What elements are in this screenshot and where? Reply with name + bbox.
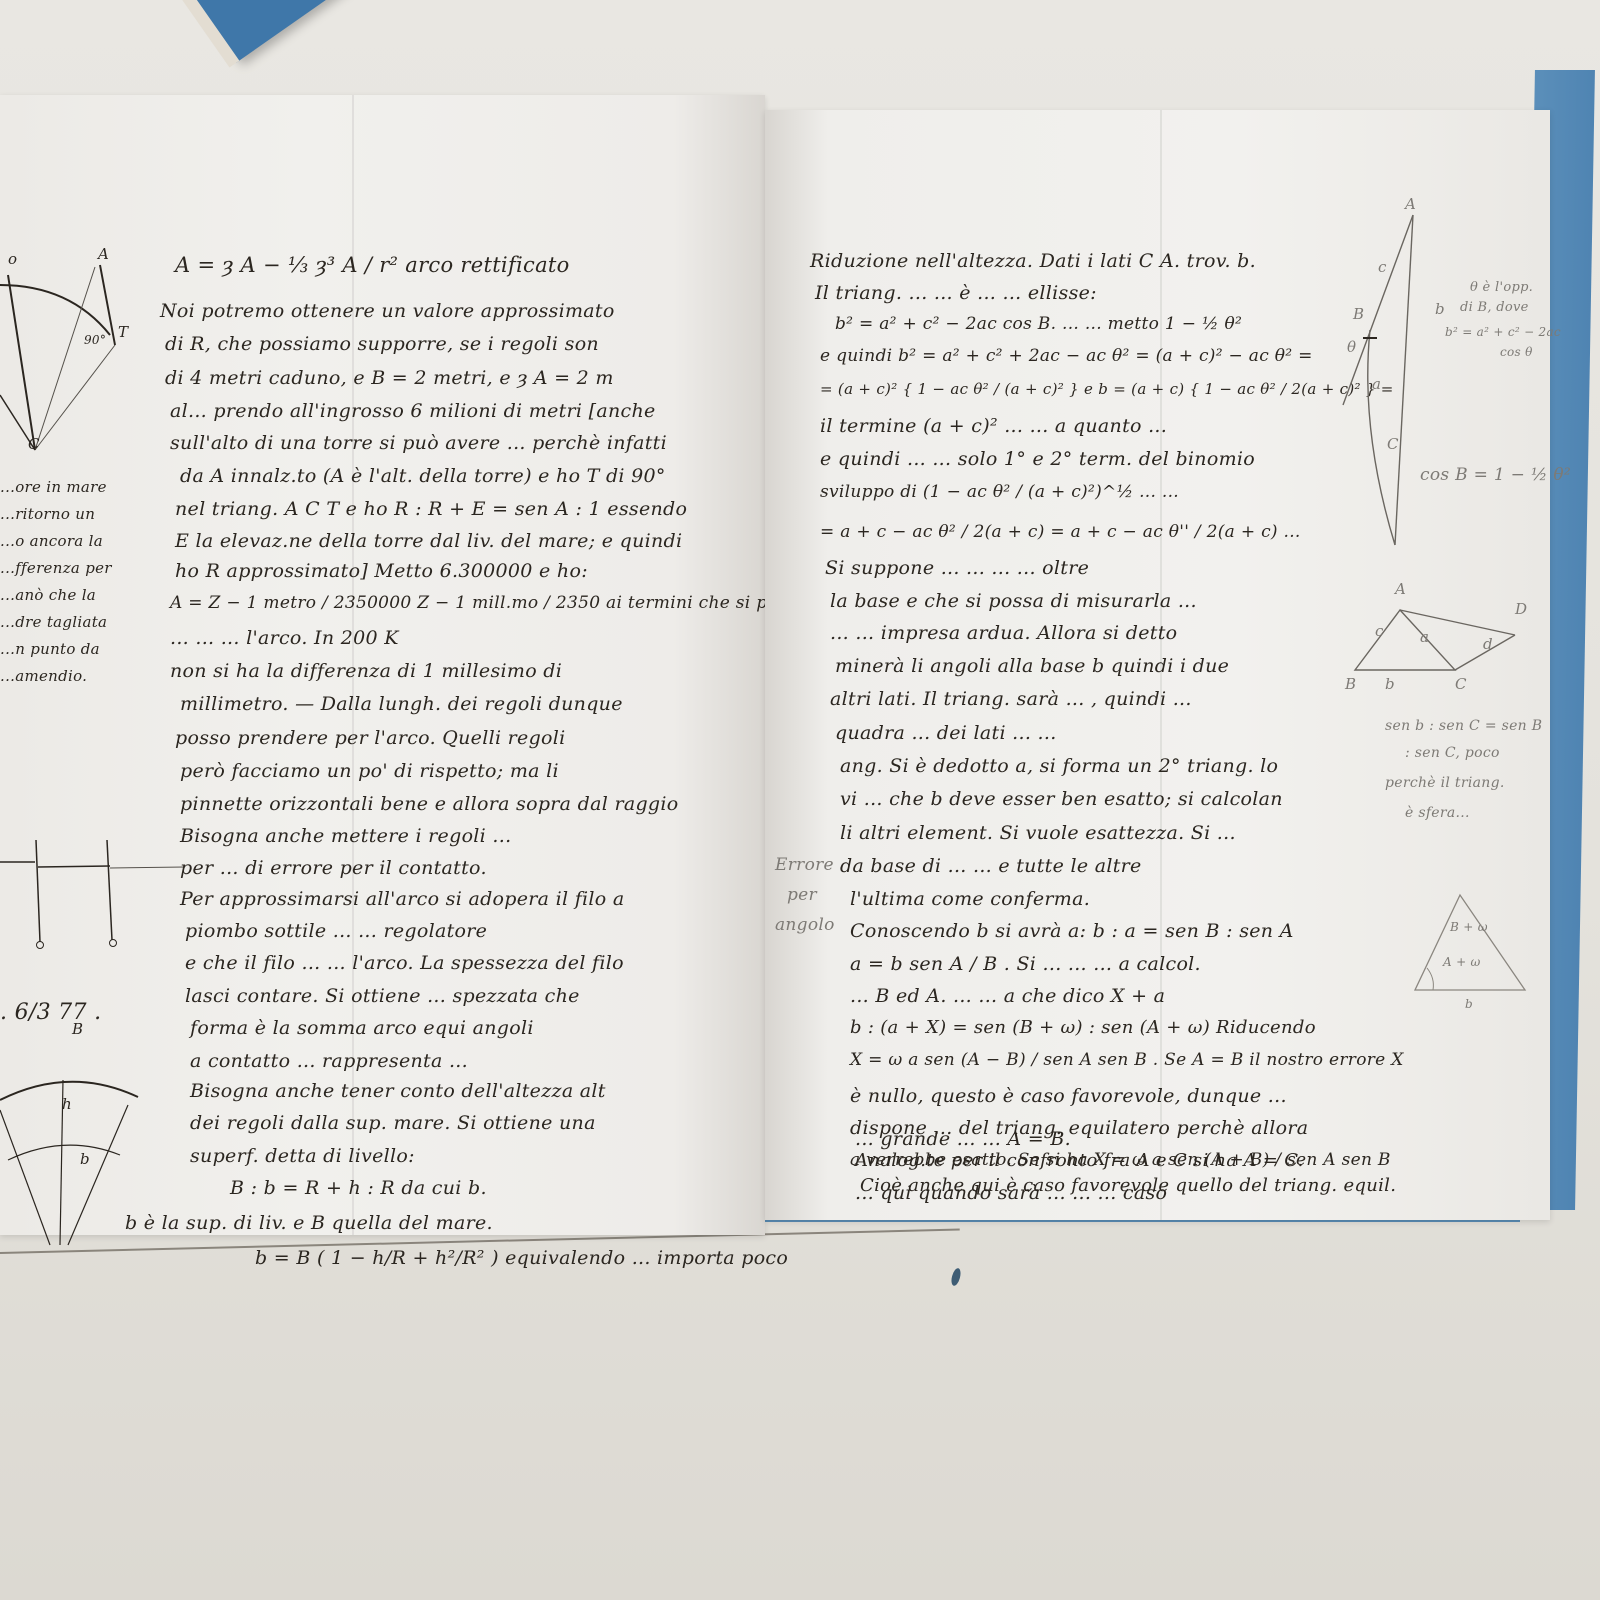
handwritten-line: Conoscendo b si avrà a: b : a = sen B : … <box>850 920 1294 942</box>
handwritten-line: è nullo, questo è caso favorevole, dunqu… <box>850 1085 1287 1107</box>
handwritten-line: = (a + c)² { 1 − ac θ² / (a + c)² } e b … <box>820 380 1394 398</box>
handwritten-line: la base e che si possa di misurarla ... <box>830 590 1197 612</box>
thin-triangle-diagram <box>1335 200 1535 560</box>
handwritten-line: superf. detta di livello: <box>190 1145 415 1167</box>
handwritten-line: da base di ... ... e tutte le altre <box>840 855 1142 877</box>
plumb-line-diagram <box>0 835 190 955</box>
handwritten-line: ang. Si è dedotto a, si forma un 2° tria… <box>840 755 1278 777</box>
quadrilateral-diagram <box>1355 590 1535 690</box>
handwritten-line: lasci contare. Si ottiene ... spezzata c… <box>185 985 580 1007</box>
handwritten-line: vi ... che b deve esser ben esatto; si c… <box>840 788 1283 810</box>
handwritten-line: X = ω a sen (A − B) / sen A sen B . Se A… <box>850 1050 1404 1070</box>
handwritten-line: millimetro. — Dalla lungh. dei regoli du… <box>180 693 623 715</box>
handwritten-line: quadra ... dei lati ... ... <box>835 722 1057 744</box>
diagram-note: perchè il triang. <box>1385 775 1505 791</box>
diagram-label: b <box>1385 675 1395 693</box>
handwritten-line: e quindi b² = a² + c² + 2ac − ac θ² = (a… <box>820 346 1313 366</box>
handwritten-line: nel triang. A C T e ho R : R + E = sen A… <box>175 498 687 520</box>
handwritten-line: A = Z − 1 metro / 2350000 Z − 1 mill.mo … <box>170 593 836 613</box>
diagram-label: a <box>1372 375 1381 393</box>
right-page: Errore per angolo Riduzione nell'altezza… <box>765 110 1550 1220</box>
handwritten-line: ... ... ... l'arco. In 200 K <box>170 627 399 649</box>
diagram-label: C <box>1455 675 1467 693</box>
handwritten-line: però facciamo un po' di rispetto; ma li <box>180 760 559 782</box>
diagram-label-o: o <box>8 250 17 268</box>
arc-label-b-upper: B <box>72 1020 83 1038</box>
diagram-label: A <box>1405 195 1416 213</box>
handwritten-line: di R, che possiamo supporre, se i regoli… <box>165 333 599 355</box>
diagram-label: C <box>1387 435 1399 453</box>
handwritten-line: Riduzione nell'altezza. Dati i lati C A.… <box>810 250 1256 272</box>
arc-label-h: h <box>62 1095 72 1113</box>
handwritten-line: forma è la somma arco equi angoli <box>190 1017 534 1039</box>
diagram-label: A + ω <box>1443 955 1481 969</box>
handwritten-line: sull'alto di una torre si può avere ... … <box>170 432 667 454</box>
diagram-label: c <box>1375 622 1384 640</box>
handwritten-line: B : b = R + h : R da cui b. <box>230 1177 487 1199</box>
handwritten-line: ... B ed A. ... ... a che dico X + a <box>850 985 1165 1007</box>
diagram-formula: cos B = 1 − ½ θ² <box>1420 465 1571 485</box>
arc-label-b: b <box>80 1150 90 1168</box>
handwritten-line: b² = a² + c² − 2ac cos B. ... ... metto … <box>835 314 1242 334</box>
handwritten-line: A = ȝ A − ⅓ ȝ³ A / r² arco rettificato <box>175 253 570 277</box>
margin-note: angolo <box>775 915 835 935</box>
diagram-label: b <box>1435 300 1445 318</box>
margin-fragment: ...n punto da <box>0 640 100 658</box>
handwritten-line: e che il filo ... ... l'arco. La spessez… <box>185 952 624 974</box>
handwritten-line: li altri element. Si vuole esattezza. Si… <box>840 822 1236 844</box>
margin-fragment: ...ritorno un <box>0 505 95 523</box>
diagram-note: di B, dove <box>1460 300 1529 315</box>
handwritten-line: b = B ( 1 − h/R + h²/R² ) equivalendo ..… <box>255 1247 788 1269</box>
handwritten-line: e quindi ... ... solo 1° e 2° term. del … <box>820 448 1255 470</box>
handwritten-line: Il triang. ... ... è ... ... ellisse: <box>815 282 1097 304</box>
diagram-note: cos θ <box>1500 345 1533 359</box>
handwritten-line: = a + c − ac θ² / 2(a + c) = a + c − ac … <box>820 522 1301 542</box>
diagram-label: B <box>1345 675 1356 693</box>
handwritten-line: a contatto ... rappresenta ... <box>190 1050 468 1072</box>
handwritten-line: sviluppo di (1 − ac θ² / (a + c)²)^½ ...… <box>820 482 1179 502</box>
diagram-label: D <box>1515 600 1527 618</box>
handwritten-line: da A innalz.to (A è l'alt. della torre) … <box>180 465 666 487</box>
margin-date: . 6/3 77 . <box>0 1000 101 1025</box>
angle-triangle-diagram <box>1415 890 1535 1000</box>
handwritten-line: Per approssimarsi all'arco si adopera il… <box>180 888 625 910</box>
handwritten-line: piombo sottile ... ... regolatore <box>185 920 487 942</box>
margin-note: per <box>787 885 817 905</box>
handwritten-line: Si suppone ... ... ... ... oltre <box>825 557 1089 579</box>
handwritten-line: l'ultima come conferma. <box>850 888 1090 910</box>
handwritten-line: il termine (a + c)² ... ... a quanto ... <box>820 415 1167 437</box>
handwritten-line: dei regoli dalla sup. mare. Si ottiene u… <box>190 1112 596 1134</box>
diagram-label-angle: 90° <box>84 333 106 347</box>
handwritten-line: di 4 metri caduno, e B = 2 metri, e ȝ A … <box>165 367 614 389</box>
margin-fragment: ...anò che la <box>0 586 96 604</box>
handwritten-line: minerà li angoli alla base b quindi i du… <box>835 655 1229 677</box>
left-page: o A T 90° C ...ore in mare ...ritorno un… <box>0 95 765 1235</box>
diagram-label: d <box>1483 635 1493 653</box>
handwritten-line: b è la sup. di liv. e B quella del mare. <box>125 1212 493 1234</box>
diagram-label: θ <box>1347 338 1356 356</box>
handwritten-line: Bisogna anche mettere i regoli ... <box>180 825 511 847</box>
handwritten-line: posso prendere per l'arco. Quelli regoli <box>175 727 566 749</box>
margin-fragment: ...dre tagliata <box>0 613 107 631</box>
handwritten-line: per ... di errore per il contatto. <box>180 857 487 879</box>
handwritten-line: ... ... impresa ardua. Allora si detto <box>830 622 1177 644</box>
diagram-label: A <box>1395 580 1406 598</box>
diagram-label: a <box>1420 628 1429 646</box>
handwritten-line: a = b sen A / B . Si ... ... ... a calco… <box>850 953 1201 975</box>
diagram-note: è sfera... <box>1405 805 1470 821</box>
handwritten-line: Bisogna anche tener conto dell'altezza a… <box>190 1080 606 1102</box>
diagram-label: B <box>1353 305 1364 323</box>
diagram-label-a: A <box>98 245 109 263</box>
diagram-note: b² = a² + c² − 2ac <box>1445 325 1561 339</box>
margin-fragment: ...amendio. <box>0 667 87 685</box>
margin-fragment: ...ore in mare <box>0 478 107 496</box>
handwritten-line: Noi potremo ottenere un valore approssim… <box>160 300 615 322</box>
handwritten-line: Analog.te per il confronto fra A e C si … <box>855 1150 1304 1171</box>
diagram-label: B + ω <box>1450 920 1488 934</box>
handwritten-line: pinnette orizzontali bene e allora sopra… <box>180 793 679 815</box>
diagram-note: sen b : sen C = sen B <box>1385 718 1542 734</box>
margin-fragment: ...o ancora la <box>0 532 103 550</box>
handwritten-line: b : (a + X) = sen (B + ω) : sen (A + ω) … <box>850 1017 1316 1038</box>
handwritten-line: al... prendo all'ingrosso 6 milioni di m… <box>170 400 656 422</box>
diagram-label: c <box>1378 258 1387 276</box>
handwritten-line: ... grande ... ... A = B. <box>855 1128 1071 1150</box>
margin-fragment: ...fferenza per <box>0 559 112 577</box>
diagram-note: : sen C, poco <box>1405 745 1500 761</box>
margin-note: Errore <box>775 855 834 875</box>
diagram-label: b <box>1465 997 1473 1011</box>
diagram-label-c: C <box>28 435 40 453</box>
handwritten-line: altri lati. Il triang. sarà ... , quindi… <box>830 688 1192 710</box>
diagram-note: θ è l'opp. <box>1470 280 1533 295</box>
handwritten-line: ho R approssimato] Metto 6.300000 e ho: <box>175 560 588 582</box>
handwritten-line: E la elevaz.ne della torre dal liv. del … <box>175 530 682 552</box>
handwritten-line: non si ha la differenza di 1 millesimo d… <box>170 660 562 682</box>
diagram-label-t: T <box>118 323 128 341</box>
handwritten-line: Cioè anche qui è caso favorevole quello … <box>860 1175 1396 1196</box>
